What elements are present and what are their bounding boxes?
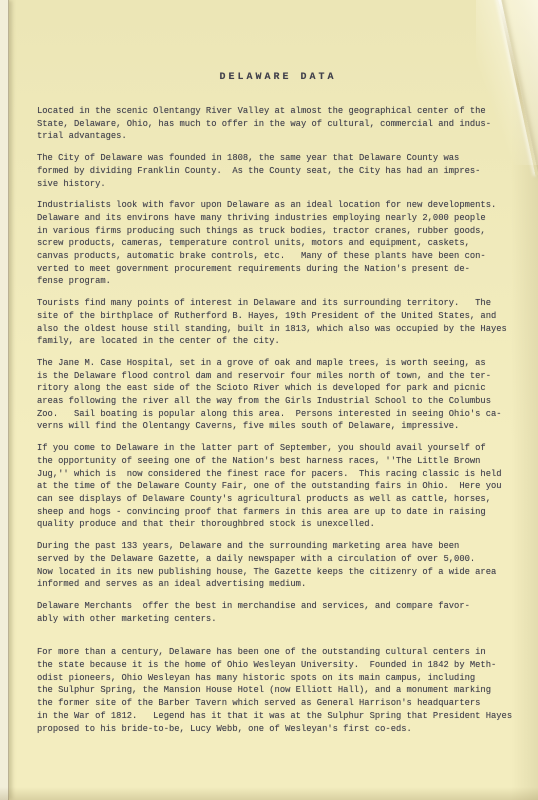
paragraph: The City of Delaware was founded in 1808…	[37, 152, 519, 190]
paragraph: Located in the scenic Olentangy River Va…	[37, 105, 519, 143]
paragraph: Delaware Merchants offer the best in mer…	[37, 600, 519, 625]
document-content: DELAWARE DATA Located in the scenic Olen…	[37, 72, 519, 744]
document-page: DELAWARE DATA Located in the scenic Olen…	[0, 0, 538, 800]
paragraph: Tourists find many points of interest in…	[37, 297, 519, 348]
paragraph: The Jane M. Case Hospital, set in a grov…	[37, 357, 519, 433]
document-title: DELAWARE DATA	[37, 72, 519, 83]
paragraph: During the past 133 years, Delaware and …	[37, 540, 519, 591]
paragraph: If you come to Delaware in the latter pa…	[37, 442, 519, 531]
paragraphs-container: Located in the scenic Olentangy River Va…	[37, 105, 519, 735]
page-left-edge	[0, 0, 9, 800]
paragraph: Industrialists look with favor upon Dela…	[37, 199, 519, 288]
page-bottom-shadow	[0, 787, 538, 800]
paragraph: For more than a century, Delaware has be…	[37, 646, 519, 735]
